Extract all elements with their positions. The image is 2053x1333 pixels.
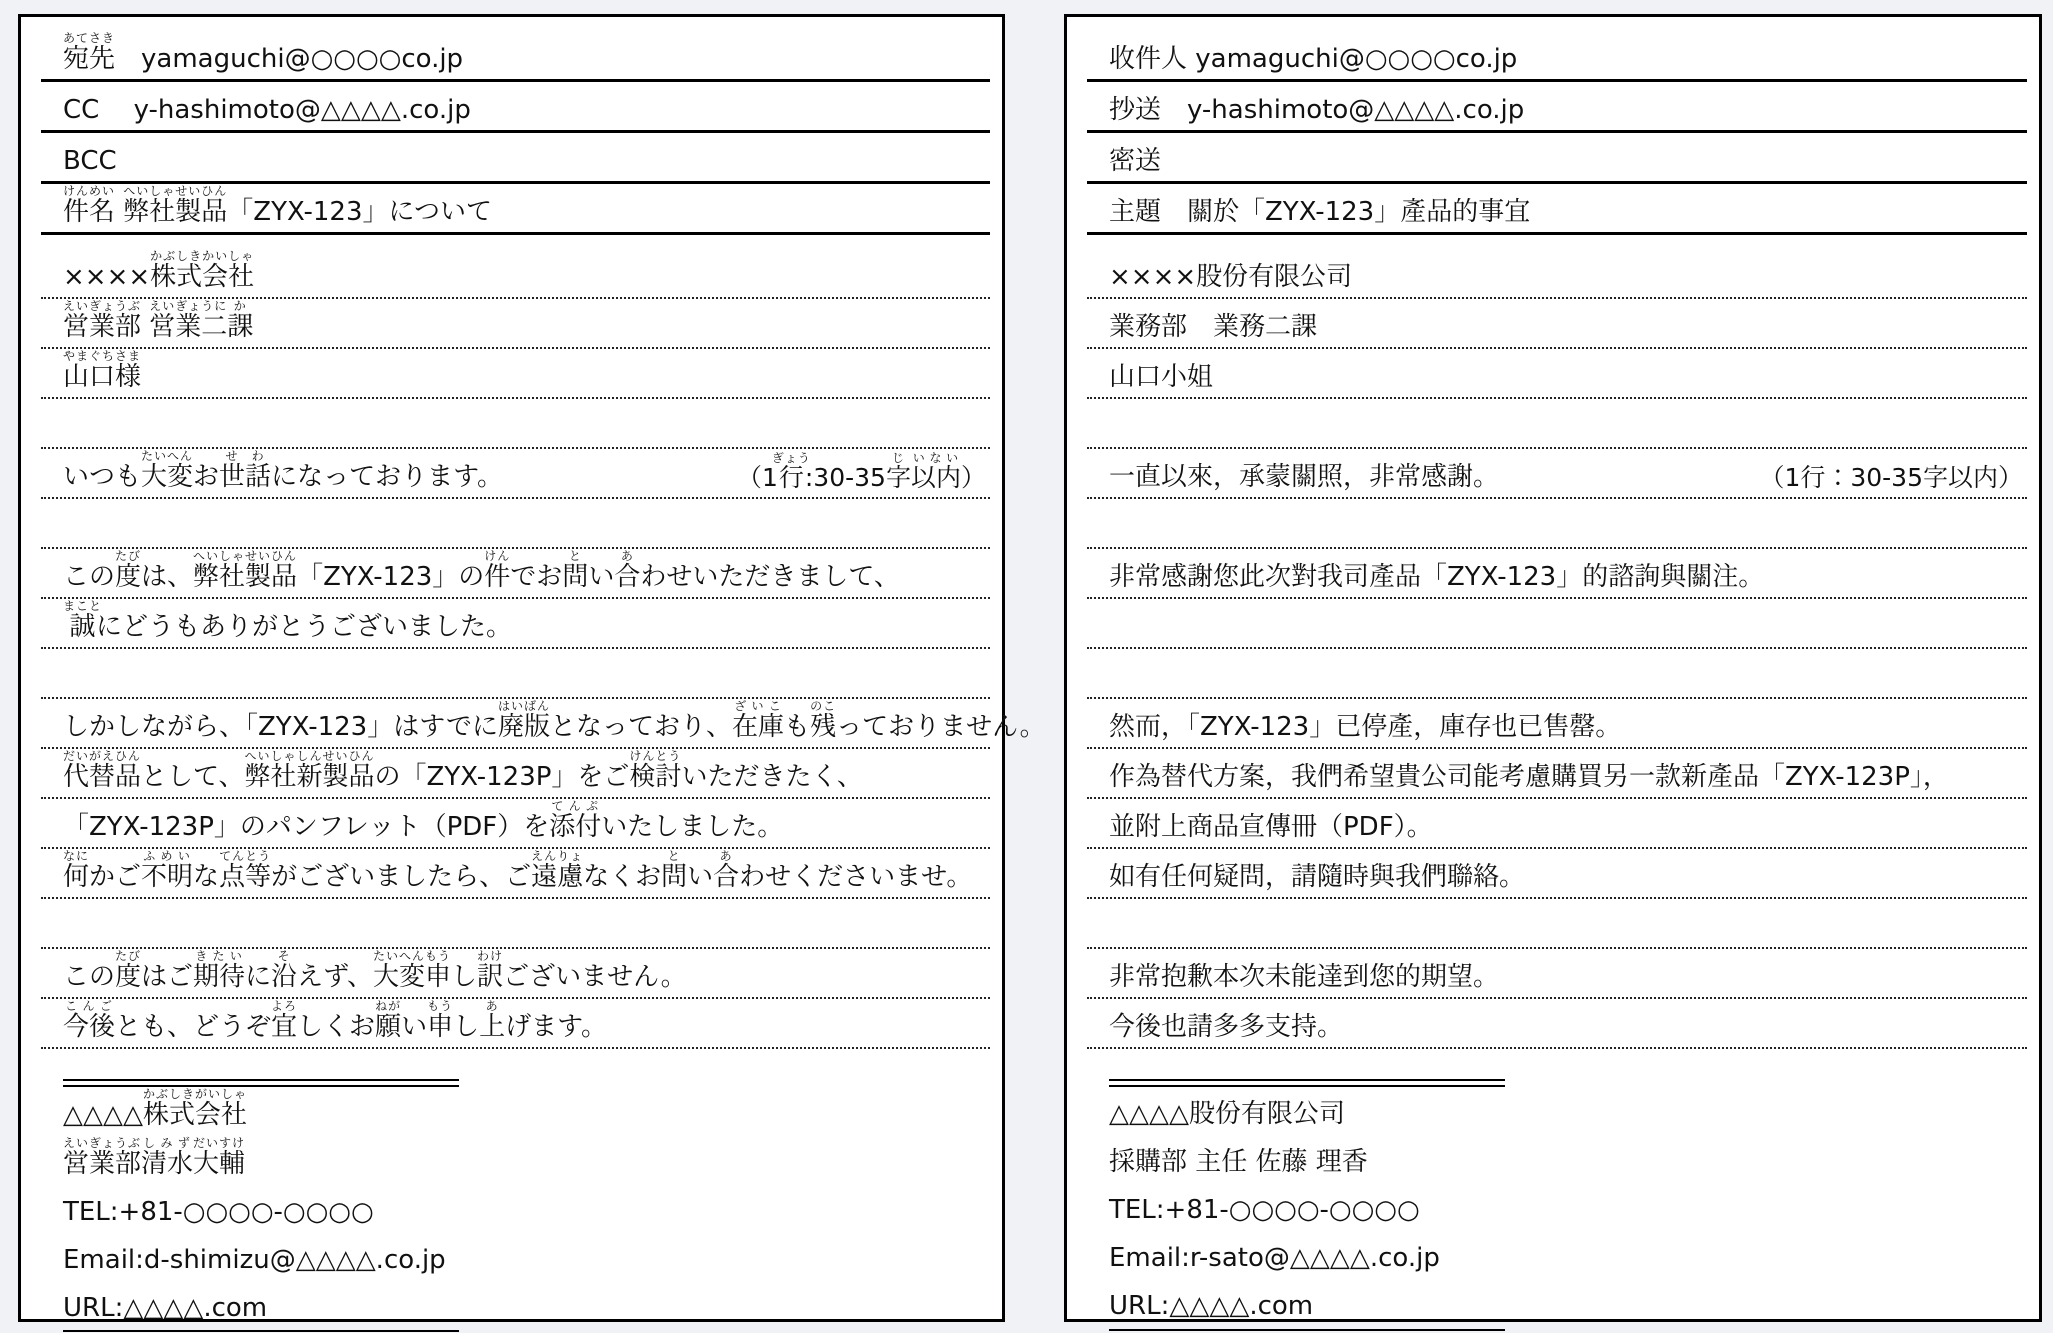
signature-tel: TEL:+81-○○○○-○○○○ [63, 1184, 459, 1232]
body-row: 作為替代方案，我們希望貴公司能考慮購買另一款新產品「ZYX-123P」， [1087, 749, 2027, 799]
line-length-note: （1行ぎょう:30-35字じ以内いない） [737, 451, 986, 492]
row-text: 收件人 yamaguchi@○○○○co.jp [1109, 45, 1517, 74]
row-text: 密送 [1109, 147, 1161, 176]
bcc-row: 密送 [1087, 133, 2027, 184]
body-row: 然而，「ZYX-123」已停產，庫存也已售罄。 [1087, 699, 2027, 749]
signature-person: 採購部 主任 佐藤 理香 [1109, 1135, 1505, 1183]
body-row: 非常感謝您此次對我司產品「ZYX-123」的諮詢與關注。 [1087, 549, 2027, 599]
empty-row [1087, 649, 2027, 699]
row-text: 営業部えいぎょうぶ 営業二えいぎょうに課か [63, 299, 253, 342]
body-row: 並附上商品宣傳冊（PDF）。 [1087, 799, 2027, 849]
row-text: 一直以來，承蒙關照，非常感謝。 [1109, 463, 1499, 492]
row-text: ××××株式会社かぶしきかいしゃ [63, 249, 254, 292]
empty-row [41, 499, 990, 549]
empty-row [1087, 499, 2027, 549]
body-row: しかしながら、「ZYX-123」はすでに廃版はいばんとなっており、在庫ざいこも残… [41, 699, 990, 749]
email-form-chinese: 收件人 yamaguchi@○○○○co.jp抄送 y-hashimoto@△△… [1087, 31, 2027, 1049]
empty-row [41, 399, 990, 449]
worksheet-page: 宛先あてさき yamaguchi@○○○○co.jpCC y-hashimoto… [0, 0, 2053, 1333]
to-row: 宛先あてさき yamaguchi@○○○○co.jp [41, 31, 990, 82]
email-panel-japanese: 宛先あてさき yamaguchi@○○○○co.jpCC y-hashimoto… [18, 14, 1005, 1322]
row-text: 抄送 y-hashimoto@△△△△.co.jp [1109, 96, 1524, 125]
email-panel-chinese: 收件人 yamaguchi@○○○○co.jp抄送 y-hashimoto@△△… [1064, 14, 2042, 1322]
row-text: 「ZYX-123P」のパンフレット（PDF）を添付てんぷいたしました。 [63, 799, 783, 842]
empty-row [1087, 599, 2027, 649]
row-text: 然而，「ZYX-123」已停產，庫存也已售罄。 [1109, 713, 1621, 742]
cc-row: CC y-hashimoto@△△△△.co.jp [41, 82, 990, 133]
row-text: 並附上商品宣傳冊（PDF）。 [1109, 813, 1433, 842]
body-row: この度たびは、弊社製品へいしゃせいひん「ZYX-123」の件けんでお問とい合あわ… [41, 549, 990, 599]
signature-person: 営業部えいぎょうぶ 清水しみず 大輔だいすけ [63, 1136, 459, 1185]
closing-row: 今後也請多多支持。 [1087, 999, 2027, 1049]
row-text: 非常抱歉本次未能達到您的期望。 [1109, 963, 1499, 992]
signature-rule-top [63, 1079, 459, 1087]
recipient-name-row: 山口小姐 [1087, 349, 2027, 399]
empty-row [41, 899, 990, 949]
to-row: 收件人 yamaguchi@○○○○co.jp [1087, 31, 2027, 82]
body-row: 「ZYX-123P」のパンフレット（PDF）を添付てんぷいたしました。 [41, 799, 990, 849]
row-text: 主題 關於「ZYX-123」產品的事宜 [1109, 198, 1530, 227]
recipient-dept-row: 営業部えいぎょうぶ 営業二えいぎょうに課か [41, 299, 990, 349]
row-text: 業務部 業務二課 [1109, 313, 1317, 342]
email-form-japanese: 宛先あてさき yamaguchi@○○○○co.jpCC y-hashimoto… [41, 31, 990, 1049]
empty-row [41, 649, 990, 699]
recipient-dept-row: 業務部 業務二課 [1087, 299, 2027, 349]
row-text: 今後也請多多支持。 [1109, 1013, 1343, 1042]
line-length-note: （1行：30-35字以内） [1759, 464, 2023, 492]
row-text: 何なにかご不明ふめいな点等てんとうがございましたら、ご遠慮えんりょなくお問とい合… [63, 849, 972, 892]
subject-row: 件名けんめい 弊社製品へいしゃせいひん「ZYX-123」について [41, 184, 990, 235]
body-row: 代替品だいがえひんとして、弊社新製品へいしゃしんせいひんの「ZYX-123P」を… [41, 749, 990, 799]
apology-row: この度たびはご期待きたいに沿そえず、大変申たいへんもうし訳わけございません。 [41, 949, 990, 999]
row-text: CC y-hashimoto@△△△△.co.jp [63, 96, 471, 125]
bcc-row: BCC [41, 133, 990, 184]
closing-row: 今後こんごとも、どうぞ宜よろしくお願ねがい申もうし上あげます。 [41, 999, 990, 1049]
row-text: 如有任何疑問，請隨時與我們聯絡。 [1109, 863, 1525, 892]
signature-tel: TEL:+81-○○○○-○○○○ [1109, 1183, 1505, 1231]
row-text: この度たびは、弊社製品へいしゃせいひん「ZYX-123」の件けんでお問とい合あわ… [63, 549, 900, 592]
row-text: BCC [63, 147, 117, 176]
signature-url: URL:△△△△.com [1109, 1279, 1505, 1327]
signature-email: Email:r-sato@△△△△.co.jp [1109, 1231, 1505, 1279]
row-text: いつも大変たいへんお世せ話わになっております。 [63, 449, 503, 492]
subject-row: 主題 關於「ZYX-123」產品的事宜 [1087, 184, 2027, 235]
signature-block-chinese: △△△△股份有限公司採購部 主任 佐藤 理香TEL:+81-○○○○-○○○○E… [1109, 1079, 1505, 1333]
signature-rule-bottom [1109, 1329, 1505, 1333]
row-text: 代替品だいがえひんとして、弊社新製品へいしゃしんせいひんの「ZYX-123P」を… [63, 749, 863, 792]
body-row: 誠まことにどうもありがとうございました。 [41, 599, 990, 649]
recipient-name-row: 山口やまぐち様さま [41, 349, 990, 399]
body-row: 何なにかご不明ふめいな点等てんとうがございましたら、ご遠慮えんりょなくお問とい合… [41, 849, 990, 899]
signature-rule-top [1109, 1079, 1505, 1087]
row-text: 非常感謝您此次對我司產品「ZYX-123」的諮詢與關注。 [1109, 563, 1764, 592]
row-text: 件名けんめい 弊社製品へいしゃせいひん「ZYX-123」について [63, 184, 492, 227]
row-text: 山口やまぐち様さま [63, 349, 141, 392]
empty-row [1087, 399, 2027, 449]
recipient-company-row: ××××股份有限公司 [1087, 235, 2027, 299]
row-text: 作為替代方案，我們希望貴公司能考慮購買另一款新產品「ZYX-123P」， [1109, 763, 1949, 792]
row-text: 今後こんごとも、どうぞ宜よろしくお願ねがい申もうし上あげます。 [63, 999, 607, 1042]
signature-company: △△△△股份有限公司 [1109, 1087, 1505, 1135]
signature-company: △△△△株式会社かぶしきがいしゃ [63, 1087, 459, 1136]
row-text: 宛先あてさき yamaguchi@○○○○co.jp [63, 31, 463, 74]
row-text: 山口小姐 [1109, 363, 1213, 392]
cc-row: 抄送 y-hashimoto@△△△△.co.jp [1087, 82, 2027, 133]
signature-url: URL:△△△△.com [63, 1280, 459, 1328]
body-row: 如有任何疑問，請隨時與我們聯絡。 [1087, 849, 2027, 899]
recipient-company-row: ××××株式会社かぶしきかいしゃ [41, 235, 990, 299]
signature-email: Email:d-shimizu@△△△△.co.jp [63, 1232, 459, 1280]
signature-block-japanese: △△△△株式会社かぶしきがいしゃ営業部えいぎょうぶ 清水しみず 大輔だいすけTE… [63, 1079, 459, 1333]
greeting-row: いつも大変たいへんお世せ話わになっております。（1行ぎょう:30-35字じ以内い… [41, 449, 990, 499]
row-text: しかしながら、「ZYX-123」はすでに廃版はいばんとなっており、在庫ざいこも残… [63, 699, 1046, 742]
apology-row: 非常抱歉本次未能達到您的期望。 [1087, 949, 2027, 999]
row-text: この度たびはご期待きたいに沿そえず、大変申たいへんもうし訳わけございません。 [63, 949, 687, 992]
greeting-row: 一直以來，承蒙關照，非常感謝。（1行：30-35字以内） [1087, 449, 2027, 499]
row-text: 誠まことにどうもありがとうございました。 [63, 599, 512, 642]
row-text: ××××股份有限公司 [1109, 263, 1352, 292]
empty-row [1087, 899, 2027, 949]
